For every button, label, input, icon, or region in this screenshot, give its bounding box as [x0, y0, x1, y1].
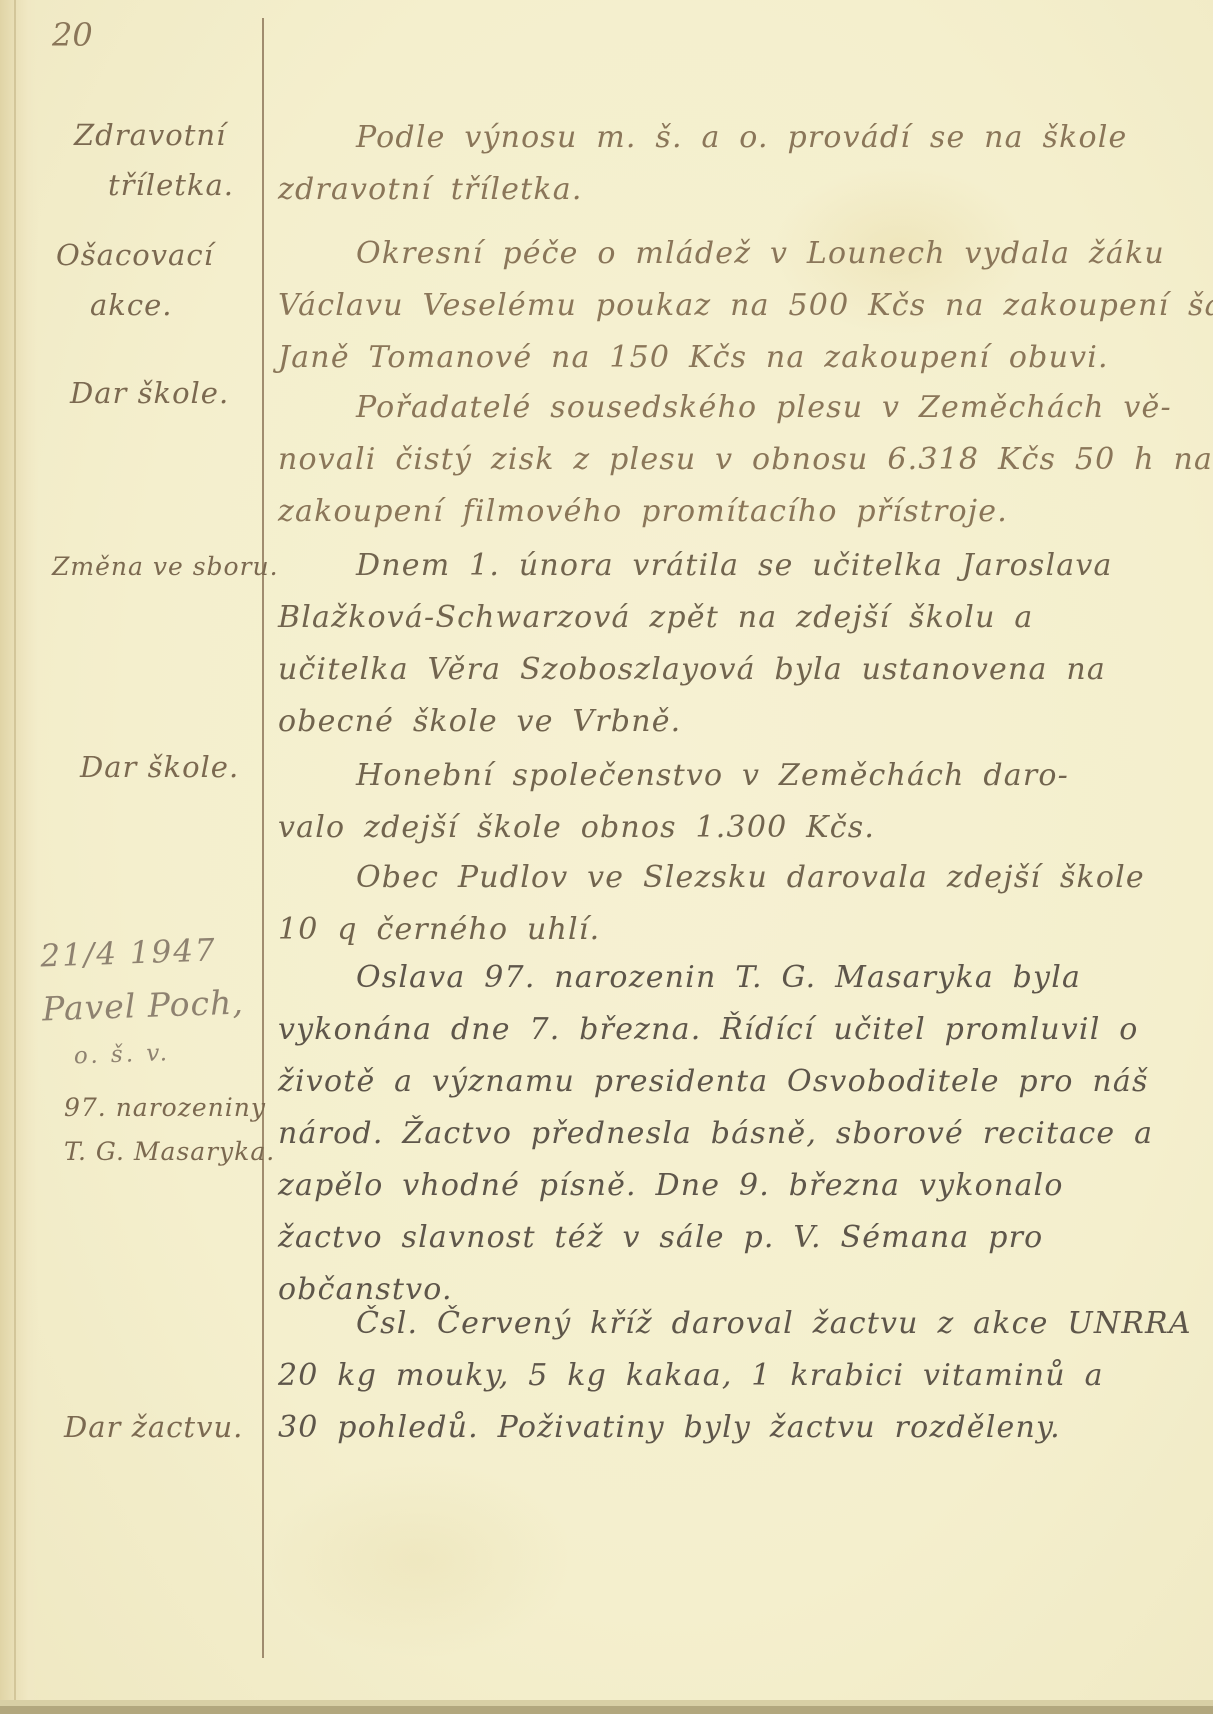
handwritten-line: 97. narozeniny [64, 1086, 275, 1130]
handwritten-line: Pořadatelé sousedského plesu v Zeměchách… [278, 382, 1203, 434]
handwritten-line: valo zdejší škole obnos 1.300 Kčs. [278, 802, 1203, 854]
handwritten-line: životě a významu presidenta Osvoboditele… [278, 1056, 1203, 1108]
handwritten-line: národ. Žactvo přednesla básně, sborové r… [278, 1108, 1203, 1160]
handwritten-line: Blažková-Schwarzová zpět na zdejší školu… [278, 592, 1203, 644]
handwritten-line: novali čistý zisk z plesu v obnosu 6.318… [278, 434, 1203, 486]
handwritten-line: vykonána dne 7. března. Řídící učitel pr… [278, 1004, 1203, 1056]
handwritten-line: akce. [56, 280, 214, 330]
paragraph-zmena-ve-sboru: Dnem 1. února vrátila se učitelka Jarosl… [278, 540, 1203, 748]
handwritten-line: zapělo vhodné písně. Dne 9. března vykon… [278, 1160, 1203, 1212]
handwritten-line: žactvo slavnost též v sále p. V. Sémana … [278, 1212, 1203, 1264]
handwritten-line: zdravotní tříletka. [278, 164, 1203, 216]
inspector-pencil-note: 21/4 1947 Pavel Poch, o. š. v. [40, 925, 247, 1078]
handwritten-line: zakoupení filmového promítacího přístroj… [278, 486, 1203, 538]
margin-note-dar-skole-2: Dar škole. [80, 742, 239, 792]
handwritten-line: Oslava 97. narozenin T. G. Masaryka byla [278, 952, 1203, 1004]
handwritten-line: tříletka. [74, 160, 234, 210]
paragraph-dar-skole-honebni: Honební společenstvo v Zeměchách daro- v… [278, 750, 1203, 854]
handwritten-line: Janě Tomanové na 150 Kčs na zakoupení ob… [278, 332, 1203, 384]
handwritten-line: o. š. v. [43, 1030, 246, 1077]
handwritten-line: Zdravotní [74, 110, 234, 160]
paragraph-osacovaci-akce: Okresní péče o mládež v Lounech vydala ž… [278, 228, 1203, 384]
page-number: 20 [52, 16, 93, 54]
handwritten-line: Václavu Veselému poukaz na 500 Kčs na za… [278, 280, 1203, 332]
page-left-edge [0, 0, 38, 1714]
handwritten-line: Dnem 1. února vrátila se učitelka Jarosl… [278, 540, 1203, 592]
chronicle-page: 20 Zdravotní tříletka. Ošacovací akce. D… [0, 0, 1213, 1714]
handwritten-line: Dar škole. [70, 368, 229, 418]
margin-note-zmena-ve-sboru: Změna ve sboru. [52, 545, 279, 589]
handwritten-line: obecné škole ve Vrbně. [278, 696, 1203, 748]
handwritten-line: Pavel Poch, [41, 974, 244, 1037]
handwritten-line: 10 q černého uhlí. [278, 904, 1203, 956]
margin-note-dar-zactvu: Dar žactvu. [64, 1402, 243, 1452]
page-bottom-edge [0, 1706, 1213, 1714]
margin-note-narozeniny-masaryka: 97. narozeniny T. G. Masaryka. [64, 1086, 275, 1174]
handwritten-line: Dar žactvu. [64, 1402, 243, 1452]
margin-note-osacovaci-akce: Ošacovací akce. [56, 230, 214, 330]
handwritten-line: T. G. Masaryka. [64, 1130, 275, 1174]
margin-note-dar-skole-1: Dar škole. [70, 368, 229, 418]
paragraph-dar-zactvu-unrra: Čsl. Červený kříž daroval žactvu z akce … [278, 1298, 1203, 1454]
handwritten-line: 30 pohledů. Poživatiny byly žactvu rozdě… [278, 1402, 1203, 1454]
paper-crease [14, 0, 16, 1714]
margin-note-zdravotni-triletka: Zdravotní tříletka. [74, 110, 234, 210]
paragraph-zdravotni-triletka: Podle výnosu m. š. a o. provádí se na šk… [278, 112, 1203, 216]
handwritten-line: Čsl. Červený kříž daroval žactvu z akce … [278, 1298, 1203, 1350]
handwritten-line: Obec Pudlov ve Slezsku darovala zdejší š… [278, 852, 1203, 904]
handwritten-line: učitelka Věra Szoboszlayová byla ustanov… [278, 644, 1203, 696]
paragraph-dar-skole-ples: Pořadatelé sousedského plesu v Zeměchách… [278, 382, 1203, 538]
handwritten-line: Změna ve sboru. [52, 545, 279, 589]
handwritten-line: Ošacovací [56, 230, 214, 280]
handwritten-line: Honební společenstvo v Zeměchách daro- [278, 750, 1203, 802]
handwritten-line: Okresní péče o mládež v Lounech vydala ž… [278, 228, 1203, 280]
paragraph-oslava-masaryk: Oslava 97. narozenin T. G. Masaryka byla… [278, 952, 1203, 1316]
handwritten-line: Podle výnosu m. š. a o. provádí se na šk… [278, 112, 1203, 164]
handwritten-line: 21/4 1947 [40, 925, 243, 982]
handwritten-line: 20 kg mouky, 5 kg kakaa, 1 krabici vitam… [278, 1350, 1203, 1402]
paragraph-dar-uhli: Obec Pudlov ve Slezsku darovala zdejší š… [278, 852, 1203, 956]
handwritten-line: Dar škole. [80, 742, 239, 792]
margin-divider-rule [262, 18, 264, 1658]
